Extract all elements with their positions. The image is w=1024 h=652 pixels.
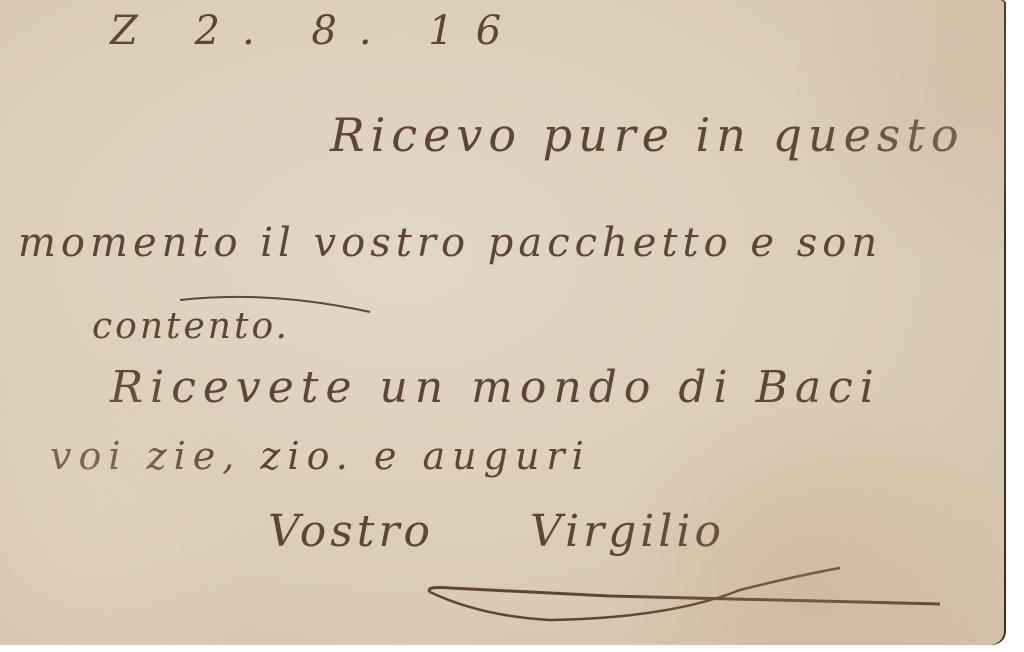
text-line-1: Ricevo pure in questo (330, 108, 965, 162)
text-line-3: contento. (92, 306, 290, 347)
signature-closing: Vostro (268, 506, 434, 557)
signature-name: Virgilio (530, 506, 725, 557)
text-line-5: voi zie, zio. e auguri (50, 434, 591, 478)
date: 2. 8. 16 (195, 8, 524, 54)
postcard: Z 2. 8. 16 Ricevo pure in questo momento… (0, 0, 1006, 645)
text-line-2: momento il vostro pacchetto e son (18, 220, 882, 266)
signature-line: Vostro Virgilio (268, 506, 725, 557)
date-prefix-mark: Z (110, 8, 160, 54)
signature-flourish (420, 560, 980, 630)
text-line-4: Ricevete un mondo di Baci (110, 362, 881, 413)
date-line: Z 2. 8. 16 (110, 8, 523, 54)
